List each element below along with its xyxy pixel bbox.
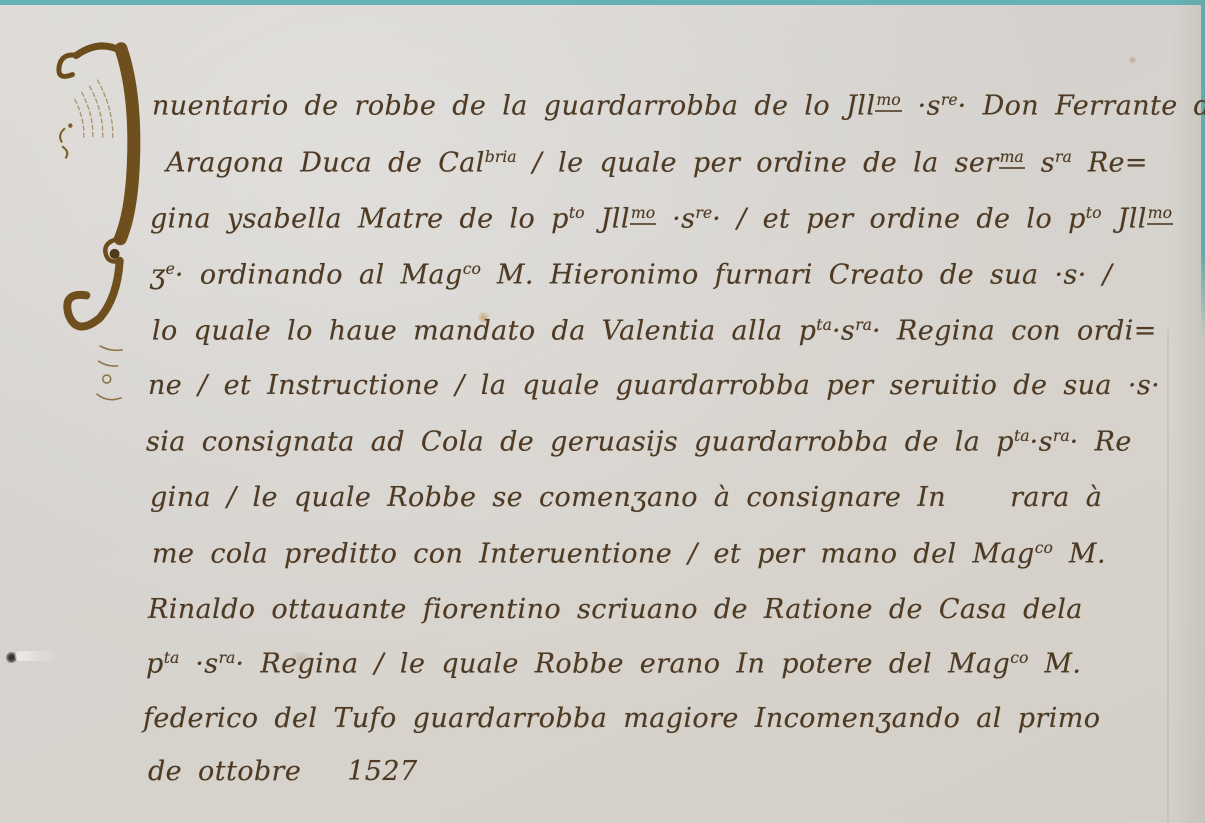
manuscript-page: nuentario de robbe de la guardarrobba de… <box>0 0 1205 823</box>
manuscript-line: federico del Tufo guardarrobba magiore I… <box>143 703 1100 734</box>
manuscript-line: Rinaldo ottauante fiorentino scriuano de… <box>148 594 1083 625</box>
manuscript-lines: nuentario de robbe de la guardarrobba de… <box>0 0 1205 823</box>
manuscript-line: lo quale lo haue mandato da Valentia all… <box>152 315 1157 347</box>
manuscript-line: gina / le quale Robbe se comenʒano à con… <box>150 482 1102 513</box>
manuscript-line: nuentario de robbe de la guardarrobba de… <box>152 90 1205 122</box>
manuscript-line: sia consignata ad Cola de geruasijs guar… <box>146 426 1132 458</box>
manuscript-line: gina ysabella Matre de lo pto Jllmo ·sre… <box>150 203 1173 235</box>
manuscript-line: Aragona Duca de Calbria / le quale per o… <box>166 147 1148 179</box>
manuscript-line: pta ·sra· Regina / le quale Robbe erano … <box>146 648 1081 680</box>
manuscript-line: de ottobre 1527 <box>148 756 418 787</box>
manuscript-line: me cola preditto con Interuentione / et … <box>152 538 1106 570</box>
manuscript-line: ne / et Instructione / la quale guardarr… <box>148 370 1160 401</box>
manuscript-line: ʒe· ordinando al Magco M. Hieronimo furn… <box>150 259 1112 291</box>
